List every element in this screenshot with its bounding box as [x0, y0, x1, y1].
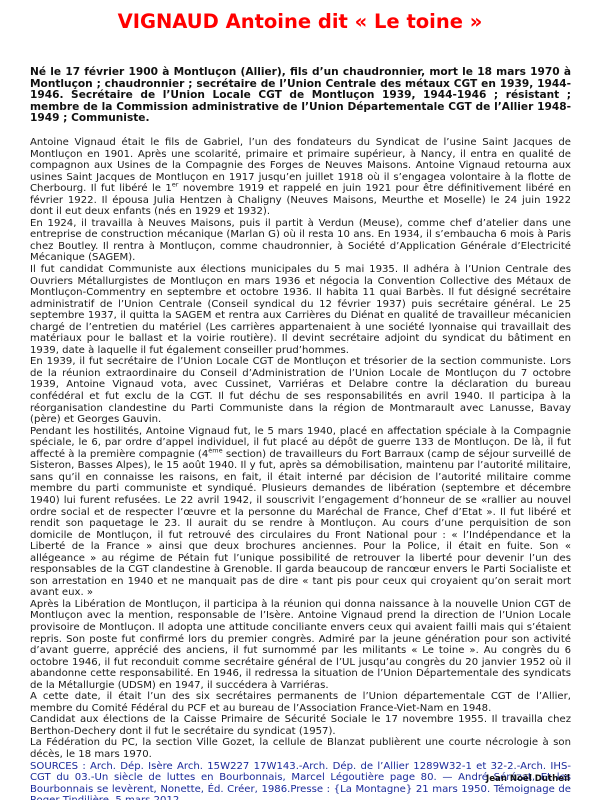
paragraph-1948: A cette date, il était l’un des six secr… [30, 691, 571, 714]
paragraph-union: Il fut candidat Communiste aux élections… [30, 264, 571, 356]
page-title: VIGNAUD Antoine dit « Le toine » [0, 10, 600, 33]
biography-body: Antoine Vignaud était le fils de Gabriel… [30, 137, 571, 800]
paragraph-death: La Fédération du PC, la section Ville Go… [30, 737, 571, 760]
paragraph-early-life: Antoine Vignaud était le fils de Gabriel… [30, 137, 571, 218]
paragraph-war: Pendant les hostilités, Antoine Vignaud … [30, 426, 571, 599]
paragraph-1955: Candidat aux élections de la Caisse Prim… [30, 714, 571, 737]
abstract-summary: Né le 17 février 1900 à Montluçon (Allie… [30, 67, 571, 125]
author-signature: Jean Noël Dutheil [486, 774, 570, 784]
paragraph-liberation: Après la Libération de Montluçon, il par… [30, 599, 571, 691]
paragraph-career: En 1924, il travailla à Neuves Maisons, … [30, 218, 571, 264]
paragraph-1939: En 1939, il fut secrétaire de l’Union Lo… [30, 356, 571, 425]
